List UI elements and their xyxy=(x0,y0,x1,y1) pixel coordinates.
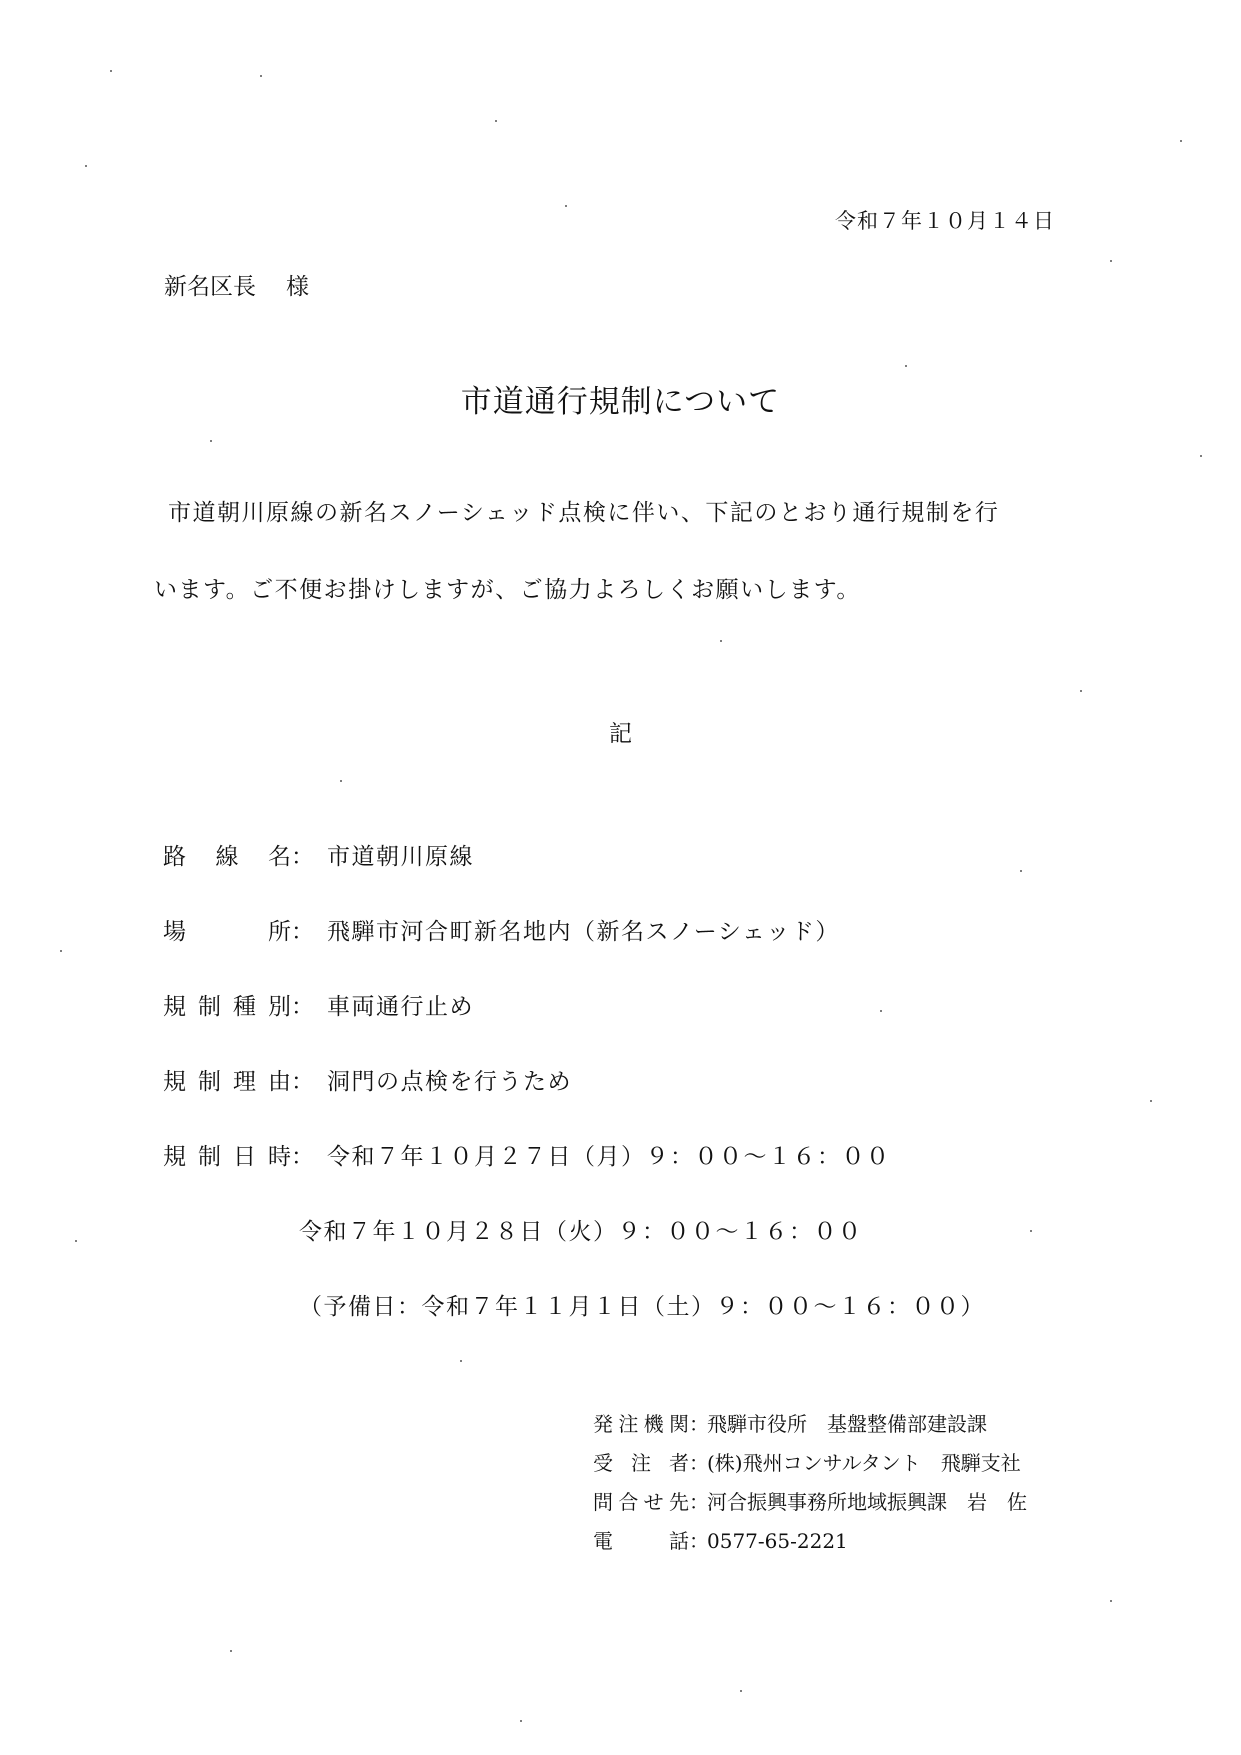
detail-colon: ： xyxy=(291,1138,327,1171)
detail-colon: ： xyxy=(291,1063,327,1096)
detail-route-name: 路線名 ： 市道朝川原線 xyxy=(163,838,474,871)
contact-value: (株)飛州コンサルタント 飛騨支社 xyxy=(707,1447,1021,1476)
contact-colon: ： xyxy=(689,1447,707,1476)
detail-label: 路線名 xyxy=(163,838,291,871)
contact-colon: ： xyxy=(689,1486,707,1515)
detail-label: 規制日時 xyxy=(163,1138,291,1171)
document-page: 令和７年１０月１４日 新名区長様 市道通行規制について 市道朝川原線の新名スノー… xyxy=(0,0,1241,1755)
detail-value: 飛騨市河合町新名地内（新名スノーシェッド） xyxy=(327,913,840,946)
detail-label: 場所 xyxy=(163,913,291,946)
body-paragraph-line-1: 市道朝川原線の新名スノーシェッド点検に伴い、下記のとおり通行規制を行 xyxy=(168,494,999,527)
contact-colon: ： xyxy=(689,1525,707,1554)
detail-value: 令和７年１０月２７日（月）９：００～１６：００ xyxy=(327,1138,891,1171)
contact-label: 電話 xyxy=(593,1525,689,1554)
contact-label: 問合せ先 xyxy=(593,1486,689,1515)
document-title: 市道通行規制について xyxy=(0,376,1241,421)
detail-label: 規制種別 xyxy=(163,988,291,1021)
recipient: 新名区長様 xyxy=(164,268,309,301)
detail-location: 場所 ： 飛騨市河合町新名地内（新名スノーシェッド） xyxy=(163,913,840,946)
contact-value: 河合振興事務所地域振興課 岩 佐 xyxy=(707,1486,1027,1515)
contact-contractor: 受注者 ： (株)飛州コンサルタント 飛騨支社 xyxy=(593,1447,1021,1476)
schedule-reserve-day: （予備日：令和７年１１月１日（土）９：００～１６：００） xyxy=(299,1288,985,1321)
detail-restriction-reason: 規制理由 ： 洞門の点検を行うため xyxy=(163,1063,572,1096)
detail-colon: ： xyxy=(291,988,327,1021)
detail-label: 規制理由 xyxy=(163,1063,291,1096)
detail-colon: ： xyxy=(291,913,327,946)
schedule-second-day: 令和７年１０月２８日（火）９：００～１６：００ xyxy=(299,1213,863,1246)
detail-value: 市道朝川原線 xyxy=(327,838,474,871)
issue-date: 令和７年１０月１４日 xyxy=(835,205,1055,235)
recipient-name: 新名区長 xyxy=(164,274,256,300)
contact-value: 飛騨市役所 基盤整備部建設課 xyxy=(707,1408,987,1437)
contact-ordering-agency: 発注機関 ： 飛騨市役所 基盤整備部建設課 xyxy=(593,1408,987,1437)
contact-value: 0577-65-2221 xyxy=(707,1529,848,1553)
detail-restriction-datetime: 規制日時 ： 令和７年１０月２７日（月）９：００～１６：００ xyxy=(163,1138,891,1171)
contact-label: 発注機関 xyxy=(593,1408,689,1437)
contact-inquiries: 問合せ先 ： 河合振興事務所地域振興課 岩 佐 xyxy=(593,1486,1027,1515)
contact-colon: ： xyxy=(689,1408,707,1437)
detail-value: 車両通行止め xyxy=(327,988,474,1021)
contact-phone: 電話 ： 0577-65-2221 xyxy=(593,1525,848,1554)
detail-value: 洞門の点検を行うため xyxy=(327,1063,572,1096)
contact-label: 受注者 xyxy=(593,1447,689,1476)
detail-restriction-type: 規制種別 ： 車両通行止め xyxy=(163,988,474,1021)
body-paragraph-line-2: います。ご不便お掛けしますが、ご協力よろしくお願いします。 xyxy=(154,571,861,604)
recipient-honorific: 様 xyxy=(286,274,309,300)
ki-heading: 記 xyxy=(0,715,1241,748)
detail-colon: ： xyxy=(291,838,327,871)
